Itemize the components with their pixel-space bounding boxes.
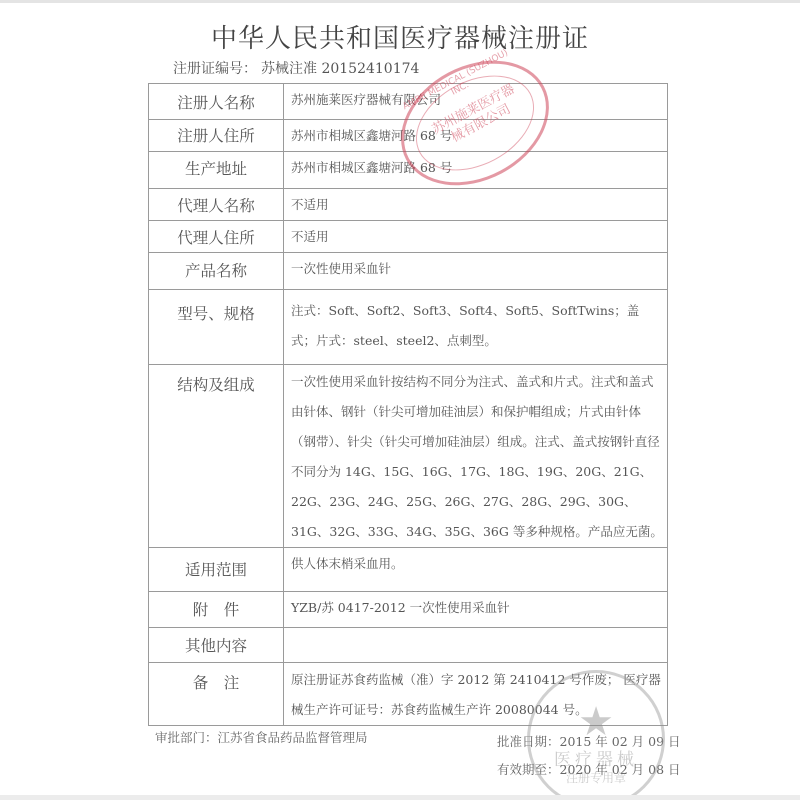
field-value: 注式：Soft、Soft2、Soft3、Soft4、Soft5、SoftTwin… xyxy=(284,290,668,365)
field-label: 代理人住所 xyxy=(149,221,284,253)
field-value: 一次性使用采血针 xyxy=(284,253,668,290)
field-value: 供人体末梢采血用。 xyxy=(284,548,668,592)
certificate-table: 注册人名称 苏州施莱医疗器械有限公司 注册人住所 苏州市相城区鑫塘河路 68 号… xyxy=(148,83,668,726)
field-label: 适用范围 xyxy=(149,548,284,592)
field-label: 型号、规格 xyxy=(149,290,284,365)
field-value: 不适用 xyxy=(284,221,668,253)
field-label: 注册人住所 xyxy=(149,120,284,152)
approval-date-value: 2015 年 02 月 09 日 xyxy=(560,734,681,749)
top-border xyxy=(0,0,800,3)
table-row: 适用范围 供人体末梢采血用。 xyxy=(149,548,668,592)
registration-number-label: 注册证编号： xyxy=(173,61,257,77)
registration-number-value: 苏械注准 20152410174 xyxy=(261,61,419,77)
field-label: 附 件 xyxy=(149,592,284,628)
table-row: 附 件 YZB/苏 0417-2012 一次性使用采血针 xyxy=(149,592,668,628)
table-row: 结构及组成 一次性使用采血针按结构不同分为注式、盖式和片式。注式和盖式由针体、钢… xyxy=(149,365,668,548)
table-row: 生产地址 苏州市相城区鑫塘河路 68 号 xyxy=(149,152,668,189)
registration-number: 注册证编号：苏械注准 20152410174 xyxy=(173,58,419,78)
field-value: 苏州市相城区鑫塘河路 68 号 xyxy=(284,120,668,152)
table-row: 产品名称 一次性使用采血针 xyxy=(149,253,668,290)
field-label: 产品名称 xyxy=(149,253,284,290)
table-row: 代理人名称 不适用 xyxy=(149,189,668,221)
valid-until-label: 有效期至： xyxy=(497,762,560,777)
table-row: 注册人住所 苏州市相城区鑫塘河路 68 号 xyxy=(149,120,668,152)
table-row: 注册人名称 苏州施莱医疗器械有限公司 xyxy=(149,84,668,120)
approval-dates: 批准日期：2015 年 02 月 09 日 有效期至：2020 年 02 月 0… xyxy=(497,728,681,784)
approval-department-label: 审批部门： xyxy=(155,730,218,745)
field-value: 原注册证苏食药监械（准）字 2012 第 2410412 号作废； 医疗器械生产… xyxy=(284,663,668,726)
field-value: YZB/苏 0417-2012 一次性使用采血针 xyxy=(284,592,668,628)
table-row: 型号、规格 注式：Soft、Soft2、Soft3、Soft4、Soft5、So… xyxy=(149,290,668,365)
document-title: 中华人民共和国医疗器械注册证 xyxy=(0,18,800,55)
field-value xyxy=(284,628,668,663)
table-row: 备 注 原注册证苏食药监械（准）字 2012 第 2410412 号作废； 医疗… xyxy=(149,663,668,726)
field-label: 代理人名称 xyxy=(149,189,284,221)
field-label: 备 注 xyxy=(149,663,284,726)
valid-until: 有效期至：2020 年 02 月 08 日 xyxy=(497,756,681,784)
bottom-border xyxy=(0,795,800,800)
approval-department: 审批部门：江苏省食品药品监督管理局 xyxy=(155,728,368,746)
table-row: 代理人住所 不适用 xyxy=(149,221,668,253)
approval-date-label: 批准日期： xyxy=(497,734,560,749)
field-value: 苏州市相城区鑫塘河路 68 号 xyxy=(284,152,668,189)
field-label: 其他内容 xyxy=(149,628,284,663)
approval-date: 批准日期：2015 年 02 月 09 日 xyxy=(497,728,681,756)
field-value: 苏州施莱医疗器械有限公司 xyxy=(284,84,668,120)
field-value: 不适用 xyxy=(284,189,668,221)
field-value: 一次性使用采血针按结构不同分为注式、盖式和片式。注式和盖式由针体、钢针（针尖可增… xyxy=(284,365,668,548)
field-label: 结构及组成 xyxy=(149,365,284,548)
approval-department-value: 江苏省食品药品监督管理局 xyxy=(218,730,368,745)
field-label: 注册人名称 xyxy=(149,84,284,120)
field-label: 生产地址 xyxy=(149,152,284,189)
valid-until-value: 2020 年 02 月 08 日 xyxy=(560,762,681,777)
table-row: 其他内容 xyxy=(149,628,668,663)
